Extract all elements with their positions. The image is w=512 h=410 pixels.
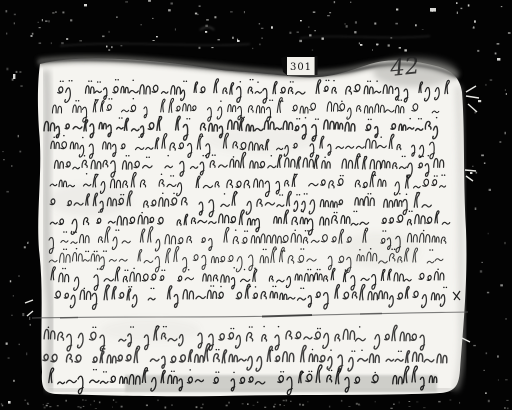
diacritic-dot [351, 350, 353, 352]
dust-speck [141, 24, 142, 25]
diacritic-dot [331, 370, 333, 372]
diacritic-dot [391, 135, 393, 137]
dust-speck [252, 48, 253, 49]
diacritic-dot [401, 99, 403, 101]
dust-speck [356, 403, 358, 405]
dust-speck [232, 37, 234, 39]
diacritic-dot [265, 249, 267, 251]
diacritic-dot [230, 328, 232, 330]
dust-speck [475, 208, 477, 211]
diacritic-dot [284, 250, 286, 252]
diacritic-dot [305, 230, 307, 232]
diacritic-dot [131, 286, 133, 288]
dust-speck [32, 33, 34, 35]
diacritic-dot [279, 194, 281, 196]
diacritic-dot [247, 286, 249, 288]
dust-speck [344, 24, 346, 25]
diacritic-dot [368, 119, 370, 121]
dust-speck [264, 407, 266, 408]
diacritic-dot [443, 287, 445, 289]
dust-speck [24, 246, 26, 248]
dust-speck [358, 405, 360, 406]
diacritic-dot [62, 268, 64, 270]
diacritic-dot [98, 212, 100, 214]
dust-speck [488, 400, 490, 402]
dust-speck [257, 402, 258, 403]
diacritic-dot [207, 350, 209, 352]
dust-speck [39, 27, 41, 28]
diacritic-dot [312, 349, 314, 351]
diacritic-dot [85, 251, 87, 253]
diacritic-dot [441, 174, 443, 176]
diacritic-dot [148, 156, 150, 158]
diacritic-dot [398, 99, 400, 101]
dust-speck [19, 344, 20, 345]
diacritic-dot [372, 174, 374, 176]
diacritic-dot [75, 231, 77, 233]
dust-speck [199, 47, 201, 49]
dust-speck [153, 40, 155, 41]
dust-speck [481, 262, 483, 263]
diacritic-dot [101, 348, 103, 350]
dust-speck [334, 1, 335, 3]
dust-speck [6, 343, 8, 345]
diacritic-dot [164, 270, 166, 272]
dust-speck [112, 406, 113, 407]
dust-speck [271, 26, 273, 28]
diacritic-dot [302, 211, 304, 213]
dust-speck [49, 20, 50, 22]
diacritic-dot [75, 100, 77, 102]
dust-speck [500, 284, 503, 286]
dust-speck [354, 31, 356, 33]
diacritic-dot [340, 175, 342, 177]
diacritic-dot [364, 156, 366, 158]
dust-speck [168, 9, 171, 11]
dust-speck [483, 370, 485, 371]
dust-speck [259, 23, 260, 24]
dust-speck [286, 400, 288, 402]
stamp-edge-shadow [315, 56, 318, 75]
diacritic-dot [243, 117, 245, 119]
dust-speck [62, 12, 64, 14]
diacritic-dot [263, 326, 265, 328]
diacritic-dot [367, 81, 369, 83]
diacritic-dot [294, 174, 296, 176]
diacritic-dot [96, 251, 98, 253]
dust-speck [481, 155, 484, 157]
diacritic-dot [103, 250, 105, 252]
diacritic-dot [252, 79, 254, 81]
diacritic-dot [109, 285, 111, 287]
dust-speck [457, 12, 458, 14]
dust-speck [3, 151, 4, 152]
dust-speck [14, 22, 15, 24]
dust-speck [214, 16, 216, 18]
dust-speck [19, 151, 21, 153]
dust-speck [350, 2, 351, 3]
diacritic-dot [370, 248, 372, 250]
diacritic-dot [199, 135, 201, 137]
dust-speck [6, 10, 8, 12]
diacritic-dot [128, 155, 130, 157]
diacritic-dot [251, 326, 253, 328]
diacritic-dot [354, 350, 356, 352]
diacritic-dot [128, 286, 130, 288]
dust-speck [66, 400, 67, 402]
diacritic-dot [214, 154, 216, 156]
diacritic-dot [406, 193, 408, 195]
dust-speck [508, 32, 511, 33]
diacritic-dot [257, 81, 259, 83]
dust-speck [211, 47, 213, 48]
dust-speck [20, 86, 22, 87]
diacritic-dot [111, 98, 113, 100]
diacritic-dot [99, 268, 101, 270]
dust-speck [38, 22, 39, 23]
dust-speck [2, 405, 4, 407]
diacritic-dot [144, 370, 146, 372]
dust-speck [84, 4, 87, 6]
diacritic-dot [121, 117, 123, 119]
dust-speck [95, 408, 97, 409]
dust-speck [230, 11, 233, 12]
diacritic-dot [280, 371, 282, 373]
diacritic-dot [294, 230, 296, 232]
dust-speck [262, 38, 263, 39]
dust-speck [470, 172, 472, 174]
dust-speck [497, 355, 499, 357]
dust-speck [247, 403, 249, 405]
diacritic-dot [391, 249, 393, 251]
diacritic-dot [365, 230, 367, 232]
dust-speck [473, 27, 475, 28]
dust-speck [206, 19, 209, 21]
dust-speck [484, 162, 486, 164]
dust-speck [1, 403, 2, 405]
diacritic-dot [423, 230, 425, 232]
dust-speck [299, 404, 301, 406]
dust-speck [390, 408, 392, 409]
diacritic-dot [359, 249, 361, 251]
manuscript-scan: 301 42 [0, 0, 512, 410]
diacritic-dot [306, 193, 308, 195]
dust-speck [299, 40, 302, 42]
dust-speck [8, 357, 10, 358]
diacritic-dot [278, 326, 280, 328]
diacritic-dot [173, 193, 175, 195]
diacritic-dot [250, 79, 252, 81]
dust-speck [474, 20, 476, 22]
diacritic-dot [338, 371, 340, 373]
diacritic-dot [312, 138, 314, 140]
dust-speck [497, 43, 500, 44]
dust-speck [477, 50, 479, 52]
dust-speck [29, 317, 30, 320]
diacritic-dot [270, 116, 272, 118]
dust-speck [390, 37, 392, 38]
diacritic-dot [233, 267, 235, 269]
dust-speck [376, 44, 379, 46]
diacritic-dot [409, 118, 411, 120]
diacritic-dot [99, 81, 101, 83]
diacritic-dot [63, 248, 65, 250]
diacritic-dot [419, 192, 421, 194]
diacritic-dot [153, 288, 155, 290]
diacritic-dot [173, 370, 175, 372]
dust-speck [506, 400, 508, 401]
diacritic-dot [305, 117, 307, 119]
diacritic-dot [319, 269, 321, 271]
dust-speck [79, 40, 82, 41]
dust-speck [57, 405, 59, 406]
dust-speck [121, 45, 123, 46]
diacritic-dot [170, 175, 172, 177]
diacritic-dot [220, 100, 222, 102]
dust-speck [504, 407, 506, 409]
diacritic-dot [359, 326, 361, 328]
diacritic-dot [272, 100, 274, 102]
dust-speck [228, 402, 230, 404]
diacritic-dot [374, 372, 376, 374]
dust-speck [396, 9, 398, 11]
dust-speck [171, 405, 173, 406]
dust-speck [499, 141, 501, 143]
dust-speck [498, 379, 499, 380]
diacritic-dot [292, 81, 294, 83]
dust-speck [489, 189, 491, 191]
dust-speck [6, 33, 7, 35]
diacritic-dot [308, 371, 310, 373]
diacritic-dot [325, 80, 327, 82]
diacritic-dot [290, 81, 292, 83]
diacritic-dot [370, 81, 372, 83]
diacritic-dot [437, 269, 439, 271]
dust-speck [490, 80, 493, 81]
diacritic-dot [130, 326, 132, 328]
diacritic-dot [105, 250, 107, 252]
dust-speck [83, 406, 85, 407]
diacritic-dot [105, 371, 107, 373]
diacritic-dot [307, 269, 309, 271]
diacritic-dot [97, 268, 99, 270]
diacritic-dot [307, 230, 309, 232]
diacritic-dot [282, 194, 284, 196]
diacritic-dot [171, 370, 173, 372]
dust-speck [284, 405, 285, 406]
page-number-stamp: 301 [281, 56, 318, 77]
diacritic-dot [334, 212, 336, 214]
diacritic-dot [161, 270, 163, 272]
dust-speck [374, 23, 376, 25]
diacritic-dot [299, 194, 301, 196]
diacritic-dot [418, 118, 420, 120]
diacritic-dot [345, 269, 347, 271]
diacritic-dot [233, 156, 235, 158]
dust-speck [314, 30, 315, 31]
diacritic-dot [127, 269, 129, 271]
dust-speck [506, 93, 507, 95]
dust-speck [45, 20, 47, 22]
diacritic-dot [272, 350, 274, 352]
diacritic-dot [165, 326, 167, 328]
diacritic-dot [269, 100, 271, 102]
diacritic-dot [161, 174, 163, 176]
dust-speck [415, 24, 416, 26]
dust-speck [13, 380, 15, 382]
dust-speck [113, 399, 114, 401]
dust-speck [70, 19, 72, 21]
dust-speck [423, 407, 425, 408]
diacritic-dot [263, 249, 265, 251]
diacritic-dot [347, 269, 349, 271]
dust-speck [473, 345, 476, 346]
dust-speck [409, 406, 411, 407]
diacritic-dot [76, 248, 78, 250]
dust-speck [486, 84, 487, 86]
dust-speck [346, 25, 348, 27]
dust-speck [196, 406, 198, 408]
dust-speck [273, 406, 275, 408]
dust-speck [480, 270, 482, 272]
diacritic-dot [97, 99, 99, 101]
diacritic-dot [115, 229, 117, 231]
diacritic-dot [123, 194, 125, 196]
dust-speck [226, 405, 228, 407]
dust-speck [11, 315, 13, 316]
dust-speck [279, 404, 281, 406]
diacritic-dot [65, 268, 67, 270]
dust-speck [43, 404, 44, 405]
dust-speck [61, 42, 64, 44]
dust-speck [14, 14, 16, 16]
diacritic-dot [428, 155, 430, 157]
diacritic-dot [240, 81, 242, 83]
diacritic-dot [236, 192, 238, 194]
diacritic-dot [300, 372, 302, 374]
diacritic-dot [247, 230, 249, 232]
dust-speck [171, 3, 173, 5]
diacritic-dot [434, 175, 436, 177]
diacritic-dot [432, 249, 434, 251]
diacritic-dot [328, 80, 330, 82]
dust-speck [18, 275, 19, 277]
dust-speck [497, 58, 500, 61]
diacritic-dot [202, 155, 204, 157]
dust-speck [11, 165, 12, 166]
dust-speck [308, 401, 309, 402]
diacritic-dot [106, 285, 108, 287]
diacritic-dot [446, 287, 448, 289]
dust-speck [505, 132, 506, 135]
diacritic-dot [402, 156, 404, 158]
diacritic-dot [333, 80, 335, 82]
diacritic-dot [156, 326, 158, 328]
dust-speck [505, 319, 507, 320]
dust-speck [313, 12, 316, 13]
diacritic-dot [353, 211, 355, 213]
diacritic-dot [407, 175, 409, 177]
dust-speck [507, 408, 509, 410]
dust-speck [372, 49, 373, 51]
diacritic-dot [233, 328, 235, 330]
diacritic-dot [141, 136, 143, 138]
diacritic-dot [397, 193, 399, 195]
diacritic-dot [300, 248, 302, 250]
diacritic-dot [303, 287, 305, 289]
dust-speck [80, 407, 82, 409]
diacritic-dot [375, 174, 377, 176]
dust-speck [218, 39, 220, 40]
diacritic-dot [97, 81, 99, 83]
dust-speck [90, 404, 91, 406]
dust-speck [393, 404, 395, 406]
diacritic-dot [88, 80, 90, 82]
dust-speck [116, 17, 118, 18]
dust-speck [501, 6, 503, 7]
dust-speck [108, 49, 110, 51]
diacritic-dot [213, 285, 215, 287]
diacritic-dot [141, 212, 143, 214]
dust-speck [8, 401, 11, 404]
diacritic-dot [296, 174, 298, 176]
diacritic-dot [319, 328, 321, 330]
diacritic-dot [216, 349, 218, 351]
diacritic-dot [220, 286, 222, 288]
dust-speck [438, 401, 440, 403]
dust-speck [399, 402, 400, 404]
dust-speck [77, 406, 79, 407]
diacritic-dot [311, 371, 313, 373]
diacritic-dot [233, 372, 235, 374]
diacritic-dot [201, 211, 203, 213]
dust-speck [253, 405, 255, 406]
dust-speck [148, 0, 151, 2]
diacritic-dot [71, 80, 73, 82]
dust-speck [22, 313, 24, 316]
diacritic-dot [342, 175, 344, 177]
dust-speck [329, 406, 330, 408]
dust-speck [505, 379, 508, 380]
diacritic-dot [303, 248, 305, 250]
diacritic-dot [359, 156, 361, 158]
diacritic-dot [300, 287, 302, 289]
dust-speck [404, 49, 407, 51]
diacritic-dot [429, 249, 431, 251]
diacritic-dot [133, 98, 135, 100]
diacritic-dot [189, 118, 191, 120]
diacritic-dot [167, 155, 169, 157]
dust-speck [244, 11, 245, 13]
diacritic-dot [133, 268, 135, 270]
diacritic-dot [269, 350, 271, 352]
dust-speck [6, 68, 8, 71]
diacritic-dot [146, 156, 148, 158]
diacritic-dot [235, 229, 237, 231]
diacritic-dot [279, 100, 281, 102]
dust-speck [158, 400, 159, 402]
dust-speck [308, 26, 309, 27]
diacritic-dot [183, 80, 185, 82]
diacritic-dot [267, 116, 269, 118]
diacritic-dot [95, 369, 97, 371]
diacritic-dot [380, 136, 382, 138]
diacritic-dot [66, 231, 68, 233]
diacritic-dot [162, 193, 164, 195]
diacritic-dot [281, 250, 283, 252]
dust-speck [106, 46, 108, 48]
manuscript-scan-canvas: 301 42 [0, 0, 512, 410]
